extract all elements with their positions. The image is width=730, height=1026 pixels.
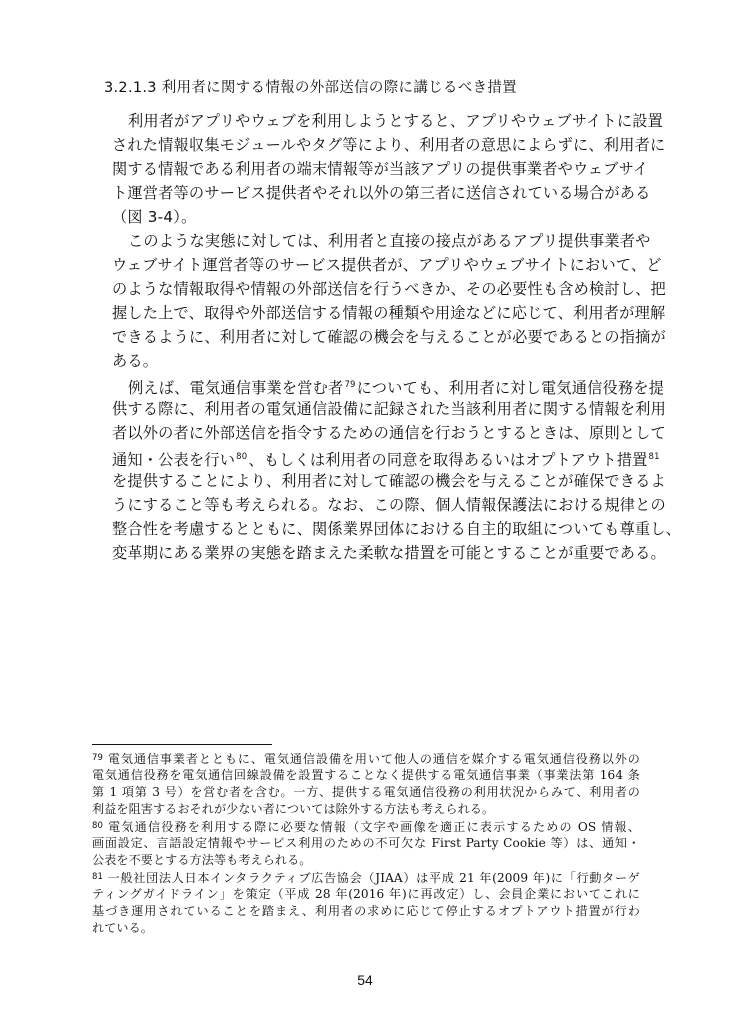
paragraph-3-line: 整合性を考慮するとともに、関係業界団体における自主的取組についても尊重し、 [112, 517, 640, 541]
footnote-79-line: 電気通信役務を電気通信回線設備を設置することなく提供する電気通信事業（事業法第 … [92, 767, 640, 784]
paragraph-2-line: できるように、利用者に対して確認の機会を与えることが必要であるとの指摘が [112, 325, 640, 349]
paragraph-2-line: ウェブサイト運営者等のサービス提供者が、アプリやウェブサイトにおいて、ど [112, 253, 640, 277]
paragraph-3-line: を提供することにより、利用者に対して確認の機会を与えることが確保できるよ [112, 469, 640, 493]
paragraph-3-text: 例えば、電気通信事業を営む者 [128, 379, 343, 397]
footnote-80-line: 80電気通信役務を利用する際に必要な情報（文字や画像を適正に表示するための OS… [92, 818, 640, 835]
footnote-80-line: 公表を不要とする方法等も考えられる。 [92, 852, 640, 869]
paragraph-2-line: このような実態に対しては、利用者と直接の接点があるアプリ提供事業者や [112, 229, 640, 253]
footnote-81-line: 81一般社団法人日本インタラクティブ広告協会（JIAA）は平成 21 年(200… [92, 869, 640, 886]
paragraph-3-line: 供する際に、利用者の電気通信設備に記録された当該利用者に関する情報を利用 [112, 397, 640, 421]
footnote-ref-80[interactable]: 80 [236, 452, 247, 462]
section-heading: 3.2.1.3 利用者に関する情報の外部送信の際に講じるべき措置 [104, 78, 664, 98]
paragraph-1-line: 利用者がアプリやウェブを利用しようとすると、アプリやウェブサイトに設置 [112, 109, 640, 133]
footnote-79-line: 79電気通信事業者とともに、電気通信設備を用いて他人の通信を媒介する電気通信役務… [92, 750, 640, 767]
footnote-ref-79[interactable]: 79 [344, 380, 355, 390]
paragraph-3-line: 例えば、電気通信事業を営む者79についても、利用者に対し電気通信役務を提 [112, 373, 640, 397]
paragraph-3-text: についても、利用者に対し電気通信役務を提 [357, 379, 664, 397]
footnote-79-line: 第 1 項第 3 号）を営む者を含む。一方、提供する電気通信役務の利用状況からみ… [92, 784, 640, 801]
footnote-text: 電気通信事業者とともに、電気通信設備を用いて他人の通信を媒介する電気通信役務以外… [107, 752, 640, 766]
paragraph-2-line: 握した上で、取得や外部送信する情報の種類や用途などに応じて、利用者が理解 [112, 301, 640, 325]
paragraph-3-line: 変革期にある業界の実態を踏まえた柔軟な措置を可能とすることが重要である。 [112, 541, 640, 565]
page-number: 54 [0, 972, 730, 988]
paragraph-1-line: （図 3-4）。 [112, 205, 640, 229]
body-text: 利用者がアプリやウェブを利用しようとすると、アプリやウェブサイトに設置 された情… [112, 109, 640, 565]
paragraph-1-line: された情報収集モジュールやタグ等により、利用者の意思によらずに、利用者に [112, 133, 640, 157]
paragraph-2-line: ある。 [112, 349, 640, 373]
paragraph-3-text: 通知・公表を行い [112, 451, 235, 469]
paragraph-3-line: 者以外の者に外部送信を指令するための通信を行おうとするときは、原則として [112, 421, 640, 445]
footnote-81-line: ティングガイドライン」を策定（平成 28 年(2016 年)に再改定）し、会員企… [92, 886, 640, 903]
footnote-79-line: 利益を阻害するおそれが少ない者については除外する方法も考えられる。 [92, 801, 640, 818]
footnote-81-line: れている。 [92, 920, 640, 937]
paragraph-3-line: 通知・公表を行い80、もしくは利用者の同意を取得あるいはオプトアウト措置81 [112, 445, 640, 469]
footnote-number: 80 [92, 821, 103, 831]
paragraph-1-line: 関する情報である利用者の端末情報等が当該アプリの提供事業者やウェブサイ [112, 157, 640, 181]
footnote-text: 電気通信役務を利用する際に必要な情報（文字や画像を適正に表示するための OS 情… [107, 820, 640, 834]
footnote-separator [92, 744, 272, 745]
footnote-81-line: 基づき運用されていることを踏まえ、利用者の求めに応じて停止するオプトアウト措置が… [92, 903, 640, 920]
footnote-ref-81[interactable]: 81 [649, 452, 660, 462]
footnote-80-line: 画面設定、言語設定情報やサービス利用のための不可欠な First Party C… [92, 835, 640, 852]
paragraph-3-line: うにすること等も考えられる。なお、この際、個人情報保護法における規律との [112, 493, 640, 517]
paragraph-3-text: 、もしくは利用者の同意を取得あるいはオプトアウト措置 [248, 451, 647, 469]
paragraph-1-line: ト運営者等のサービス提供者やそれ以外の第三者に送信されている場合がある [112, 181, 640, 205]
footnote-number: 81 [92, 872, 103, 882]
footnotes: 79電気通信事業者とともに、電気通信設備を用いて他人の通信を媒介する電気通信役務… [92, 750, 640, 937]
footnote-text: 一般社団法人日本インタラクティブ広告協会（JIAA）は平成 21 年(2009 … [107, 871, 640, 885]
document-page: 3.2.1.3 利用者に関する情報の外部送信の際に講じるべき措置 利用者がアプリ… [0, 0, 730, 1026]
footnote-number: 79 [92, 753, 103, 763]
paragraph-2-line: のような情報取得や情報の外部送信を行うべきか、その必要性も含め検討し、把 [112, 277, 640, 301]
